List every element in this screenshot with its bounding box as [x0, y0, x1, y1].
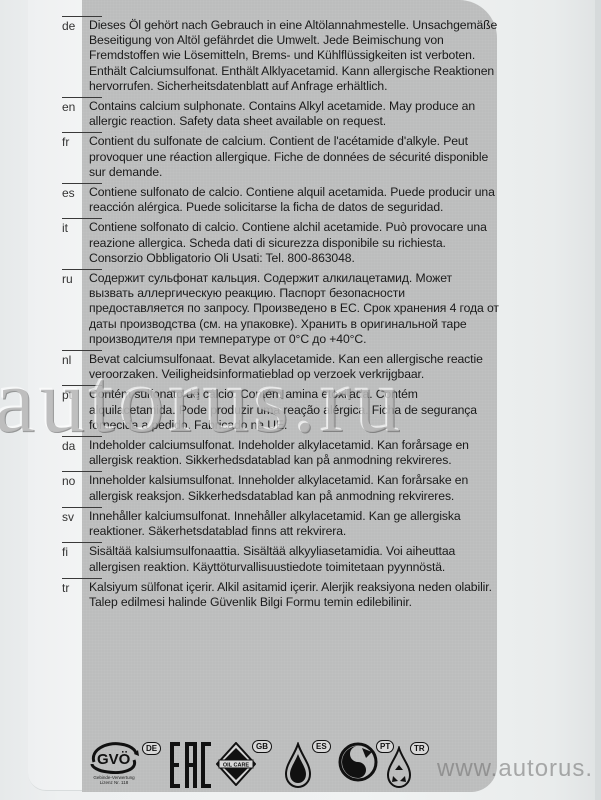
language-code: de — [62, 19, 75, 34]
section-divider — [62, 350, 102, 351]
warning-text: Indeholder calciumsulfonat. Indeholder a… — [89, 438, 500, 468]
warning-text: Innehåller kalciumsulfonat. Innehåller a… — [89, 509, 500, 539]
warning-text: Contient du sulfonate de calcium. Contie… — [89, 134, 500, 180]
warning-section-es: esContiene sulfonato de calcio. Contiene… — [60, 183, 500, 215]
language-code: fi — [62, 545, 68, 560]
warning-text: Contains calcium sulphonate. Contains Al… — [89, 99, 500, 129]
badge-es: ES — [312, 740, 331, 753]
language-code: no — [62, 474, 75, 489]
bottle-right-edge — [595, 0, 601, 800]
language-code: it — [62, 221, 68, 236]
language-code: tr — [62, 581, 69, 596]
svg-text:GVÖ: GVÖ — [97, 751, 131, 768]
language-code: sv — [62, 510, 74, 525]
language-code: en — [62, 100, 75, 115]
section-divider — [62, 385, 102, 386]
green-dot-recycling-icon — [338, 742, 378, 787]
badge-de: DE — [142, 742, 161, 755]
language-code: nl — [62, 353, 71, 368]
recycle-drop-icon — [386, 746, 412, 793]
section-divider — [62, 471, 102, 472]
section-divider — [62, 269, 102, 270]
section-divider — [62, 542, 102, 543]
section-divider — [62, 132, 102, 133]
warning-section-da: daIndeholder calciumsulfonat. Indeholder… — [60, 436, 500, 468]
certification-icon-row: GVÖ Gebinde-Verwertung Lizenz Nr. 118 DE… — [88, 740, 438, 792]
gvo-license-text: Gebinde-Verwertung Lizenz Nr. 118 — [90, 775, 138, 785]
warning-text: Kalsiyum sülfonat içerir. Alkil asitamid… — [89, 580, 500, 610]
warning-text: Bevat calciumsulfonaat. Bevat alkylaceta… — [89, 352, 500, 382]
language-code: fr — [62, 135, 69, 150]
warning-text: Inneholder kalsiumsulfonat. Inneholder a… — [89, 473, 500, 503]
language-code: pt — [62, 388, 72, 403]
warning-section-tr: trKalsiyum sülfonat içerir. Alkil asitam… — [60, 578, 500, 610]
language-code: ru — [62, 272, 73, 287]
warning-section-pt: ptContém sulfonato de cálcio. Contém ami… — [60, 385, 500, 433]
warning-section-fr: frContient du sulfonate de calcium. Cont… — [60, 132, 500, 180]
section-divider — [62, 183, 102, 184]
svg-text:OIL CARE: OIL CARE — [223, 763, 250, 769]
eac-mark-icon — [170, 742, 212, 793]
warning-section-no: noInneholder kalsiumsulfonat. Inneholder… — [60, 471, 500, 503]
warning-text: Contém sulfonato de cálcio. Contém amina… — [89, 387, 500, 433]
warning-text: Dieses Öl gehört nach Gebrauch in eine A… — [89, 18, 500, 94]
watermark-url: www.autorus. — [437, 755, 593, 783]
oil-care-icon: OIL CARE — [216, 742, 256, 791]
multilingual-warnings: deDieses Öl gehört nach Gebrauch in eine… — [60, 16, 500, 613]
warning-section-ru: ruСодержит сульфонат кальция. Содержит а… — [60, 269, 500, 347]
section-divider — [62, 507, 102, 508]
warning-section-fi: fiSisältää kalsiumsulfonaattia. Sisältää… — [60, 542, 500, 574]
gvo-logo-icon: GVÖ Gebinde-Verwertung Lizenz Nr. 118 — [88, 740, 140, 786]
warning-section-nl: nlBevat calciumsulfonaat. Bevat alkylace… — [60, 350, 500, 382]
warning-text: Sisältää kalsiumsulfonaattia. Sisältää a… — [89, 544, 500, 574]
warning-text: Contiene solfonato di calcio. Contiene a… — [89, 220, 500, 266]
section-divider — [62, 97, 102, 98]
badge-gb: GB — [252, 740, 272, 753]
section-divider — [62, 436, 102, 437]
language-code: es — [62, 186, 75, 201]
warning-section-it: itContiene solfonato di calcio. Contiene… — [60, 218, 500, 266]
section-divider — [62, 16, 102, 17]
warning-section-de: deDieses Öl gehört nach Gebrauch in eine… — [60, 16, 500, 94]
oil-drop-icon — [284, 742, 312, 793]
warning-text: Содержит сульфонат кальция. Содержит алк… — [89, 271, 500, 347]
warning-section-en: enContains calcium sulphonate. Contains … — [60, 97, 500, 129]
warning-section-sv: svInnehåller kalciumsulfonat. Innehåller… — [60, 507, 500, 539]
badge-tr: TR — [410, 742, 429, 755]
warning-text: Contiene sulfonato de calcio. Contiene a… — [89, 185, 500, 215]
section-divider — [62, 578, 102, 579]
language-code: da — [62, 439, 75, 454]
section-divider — [62, 218, 102, 219]
